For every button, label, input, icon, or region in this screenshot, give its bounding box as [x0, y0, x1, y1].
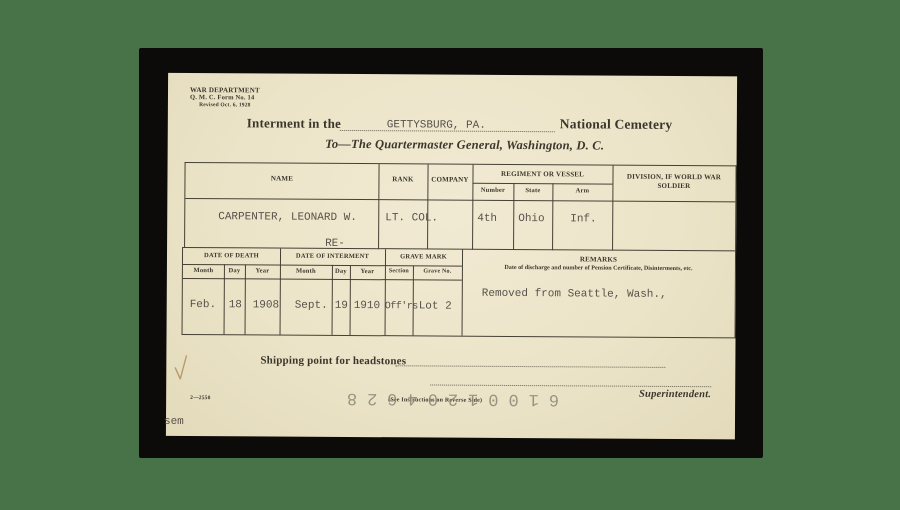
entry-number: 4th [477, 213, 497, 225]
table-border-line [413, 265, 414, 335]
header-remarks-sub: Date of discharge and number of Pension … [464, 265, 733, 273]
header-state: State [513, 187, 552, 194]
header-number: Number [472, 187, 513, 194]
signature-line [430, 372, 711, 387]
entry-grave-no: Lot 2 [419, 300, 452, 312]
title-suffix: National Cemetery [560, 116, 673, 133]
entry-interment-day: 19 [335, 300, 348, 312]
header-death-year: Year [245, 267, 280, 274]
entry-death-year: 1908 [253, 299, 279, 311]
cemetery-typed-value: GETTYSBURG, PA. [387, 119, 486, 132]
table-border-line [472, 183, 612, 185]
header-death-month: Month [183, 267, 224, 274]
upside-down-number-stamp: 61001204628 [304, 388, 559, 409]
entry-rank: LT. COL. [385, 212, 438, 224]
scan-page: { "background": { "mat_color": "#487349"… [0, 0, 900, 510]
table-border-line [245, 264, 246, 334]
header-death-day: Day [224, 267, 245, 274]
table-border-line [385, 249, 387, 335]
header-regiment-group: REGIMENT OR VESSEL [472, 170, 612, 179]
interment-table: DATE OF DEATH DATE OF INTERMENT RE- GRAV… [182, 247, 737, 338]
entry-death-day: 18 [229, 299, 242, 311]
header-interment-month: Month [280, 268, 332, 275]
table-border-line [280, 249, 282, 335]
entry-section: Off'rs [385, 301, 418, 312]
entry-interment-year: 1910 [354, 300, 380, 312]
title-prefix: Interment in the [247, 115, 341, 132]
header-date-of-death: DATE OF DEATH [183, 252, 280, 260]
header-name: NAME [185, 174, 378, 183]
header-grave-mark: GRAVE MARK [385, 253, 462, 260]
entry-remarks: Removed from Seattle, Wash., [482, 288, 667, 301]
corner-typed-note: sem [164, 416, 184, 428]
addressee-line: To—The Quartermaster General, Washington… [193, 136, 737, 154]
entry-name: CARPENTER, LEONARD W. [218, 211, 357, 224]
superintendent-label: Superintendent. [566, 388, 711, 400]
agency-line2: Q. M. C. Form No. 14 [190, 94, 260, 102]
pencil-checkmark-icon [172, 353, 194, 385]
entry-state: Ohio [518, 213, 544, 225]
header-interment-year: Year [350, 268, 385, 275]
form-print-number: 2—2550 [190, 395, 210, 401]
entry-arm: Inf. [570, 213, 596, 225]
entry-interment-month: Sept. [295, 300, 328, 312]
table-border-line [350, 265, 351, 335]
header-division: DIVISION, IF WORLD WAR SOLDIER [621, 173, 726, 191]
re-overtype-annotation: RE- [325, 238, 345, 250]
header-arm: Arm [552, 187, 612, 194]
interment-card: WAR DEPARTMENT Q. M. C. Form No. 14 Revi… [166, 73, 737, 439]
header-company: COMPANY [427, 175, 472, 183]
table-border-line [185, 198, 735, 202]
header-remarks: REMARKS [462, 255, 735, 265]
header-grave-no: Grave No. [413, 268, 462, 274]
shipping-fill-line [395, 353, 665, 368]
agency-line3: Revised Oct. 6, 1928 [190, 102, 260, 109]
header-date-of-interment: DATE OF INTERMENT [280, 253, 385, 261]
header-rank: RANK [378, 175, 427, 183]
entry-death-month: Feb. [190, 299, 216, 311]
soldier-table: NAME RANK COMPANY REGIMENT OR VESSEL Num… [184, 162, 737, 251]
agency-block: WAR DEPARTMENT Q. M. C. Form No. 14 Revi… [190, 86, 260, 108]
header-interment-day: Day [332, 268, 350, 275]
header-section: Section [385, 268, 413, 274]
table-border-line [332, 265, 333, 335]
shipping-point-label: Shipping point for headstones [260, 354, 406, 367]
table-border-line [224, 264, 225, 334]
